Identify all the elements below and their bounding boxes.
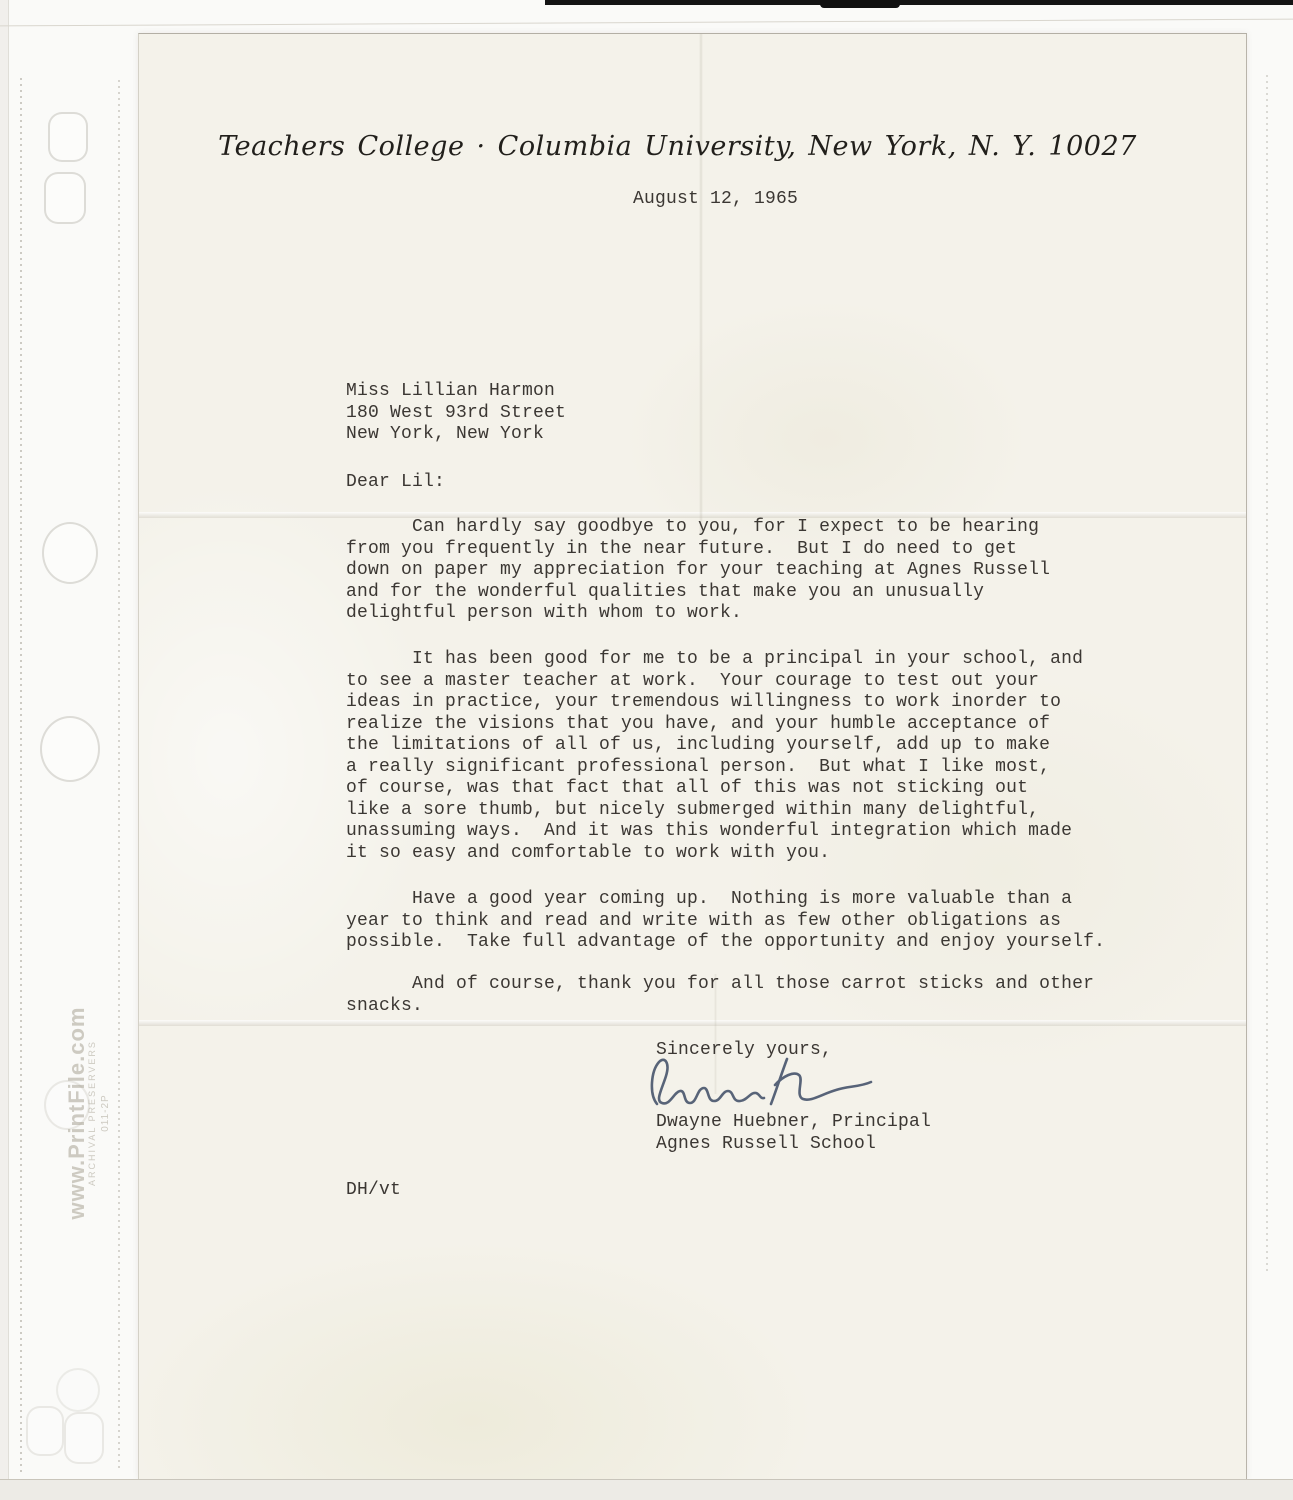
fold-crease — [699, 34, 703, 534]
sleeve-edge-line — [0, 19, 1293, 27]
date-line: August 12, 1965 — [633, 189, 798, 209]
fold-crease — [139, 1020, 1246, 1026]
letter-paper: Teachers College · Columbia University, … — [138, 33, 1247, 1479]
binder-hole — [56, 1368, 100, 1412]
salutation: Dear Lil: — [346, 472, 445, 494]
body-paragraph: It has been good for me to be a principa… — [346, 649, 1083, 864]
sleeve-perforation-line — [20, 78, 22, 1473]
sleeve-perforation-line — [1266, 75, 1268, 1275]
binder-hole — [42, 522, 98, 584]
sleeve-brand-embossing: www.PrintFile.com ARCHIVAL PRESERVERS 01… — [65, 963, 111, 1263]
binder-hole — [48, 112, 88, 162]
scan-edge-margin — [0, 0, 9, 1500]
binder-hole — [26, 1406, 64, 1456]
scan-edge-artifact — [545, 0, 1293, 5]
sleeve-brand-subtext: ARCHIVAL PRESERVERS — [88, 963, 97, 1263]
scan-edge-artifact — [820, 0, 900, 8]
binder-hole — [64, 1412, 104, 1464]
body-paragraph: Have a good year coming up. Nothing is m… — [346, 889, 1105, 954]
scan-edge-margin — [0, 1479, 1293, 1500]
binder-hole — [40, 716, 100, 782]
sleeve-brand-text: www.PrintFile.com — [65, 963, 88, 1263]
signature-handwriting — [647, 1050, 879, 1112]
recipient-address: Miss Lillian Harmon 180 West 93rd Street… — [346, 381, 566, 446]
binder-hole — [44, 172, 86, 224]
body-paragraph: Can hardly say goodbye to you, for I exp… — [346, 517, 1050, 625]
signer-identification: Dwayne Huebner, Principal Agnes Russell … — [656, 1112, 931, 1155]
letterhead: Teachers College · Columbia University, … — [139, 131, 1216, 162]
sleeve-perforation-line — [118, 80, 120, 1470]
scanned-letter-page: www.PrintFile.com ARCHIVAL PRESERVERS 01… — [0, 0, 1293, 1500]
typist-reference-initials: DH/vt — [346, 1180, 401, 1202]
body-paragraph: And of course, thank you for all those c… — [346, 974, 1094, 1017]
sleeve-product-code: 011-2P — [101, 963, 112, 1263]
